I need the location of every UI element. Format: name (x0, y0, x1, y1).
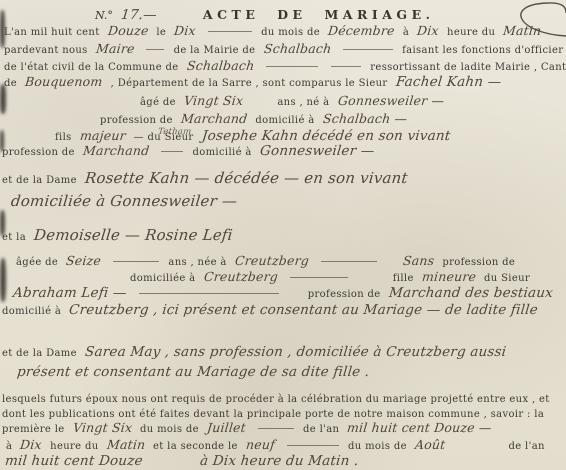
printed-text: de l'an (303, 424, 339, 435)
handwritten-entry: Gonnesweiler — (334, 95, 447, 108)
handwritten-entry: Août (411, 439, 449, 452)
printed-text: heure du (447, 27, 495, 38)
printed-text: L'an mil huit cent (4, 27, 100, 38)
handwritten-entry: Schalbach — (319, 113, 411, 126)
handwritten-entry: Gonnesweiler — (256, 145, 378, 159)
form-line-bride-father: Abraham Lefi — profession de Marchand de… (10, 284, 556, 301)
rule-filler (287, 445, 339, 446)
printed-text: profession de (2, 147, 75, 158)
form-line-publications: dont les publications ont été faites dev… (2, 404, 544, 420)
rule-filler (208, 31, 252, 32)
printed-text: et la seconde le (153, 441, 238, 452)
printed-text: profession de (308, 289, 381, 300)
printed-text: le (156, 27, 166, 38)
printed-text: à (403, 27, 409, 38)
handwritten-entry-bride-father-name: Abraham Lefi — (9, 287, 130, 301)
printed-text: du mois de (348, 441, 407, 452)
form-line-request: lesquels futurs époux nous ont requis de… (2, 389, 550, 405)
form-line-mother-domicile: domiciliée à Gonnesweiler — (8, 193, 240, 209)
printed-text: et de la Dame (2, 175, 77, 186)
printed-text: du Sieur (484, 273, 530, 284)
handwritten-entry: Marchand (79, 145, 153, 158)
printed-text: de l'an (509, 441, 545, 452)
printed-text: du mois de (261, 27, 320, 38)
printed-text: et de la Dame (2, 348, 77, 359)
handwritten-entry: Creutzberg (231, 255, 312, 268)
printed-text: , Département de la Sarre , sont comparu… (111, 78, 388, 89)
form-line-second-publication-year: mil huit cent Douze à Dix heure du Matin… (2, 452, 361, 469)
handwritten-entry: Schalbach (183, 60, 258, 73)
form-line-canton-groom: de Bouquenom , Département de la Sarre ,… (4, 73, 504, 90)
printed-text: faisant les fonctions d'officier (402, 45, 563, 56)
handwritten-entry: Seize (63, 255, 105, 268)
handwritten-entry-bride-name: Demoiselle — Rosine Lefi (30, 228, 236, 243)
printed-text: à (6, 441, 12, 452)
form-line-groom-profession: profession de Marchand domicilié à Schal… (100, 110, 410, 126)
form-line-groom-age: âgé de Vingt Six ans , né à Gonnesweiler… (140, 92, 447, 108)
handwritten-entry: à Dix heure du Matin . (196, 455, 362, 469)
handwritten-entry: Vingt Six (69, 422, 136, 435)
marriage-act-document: N.° 17.— ACTE DE MARIAGE. L'an mil huit … (0, 0, 566, 470)
handwritten-entry: Juillet (203, 422, 249, 435)
handwritten-entry: présent et consentant au Mariage de sa d… (13, 366, 373, 380)
handwritten-entry: Creutzberg (200, 271, 281, 284)
handwritten-entry: mil huit cent Douze — (344, 422, 496, 435)
handwritten-entry-mother-name: Rosette Kahn — décédée — en son vivant (81, 171, 411, 186)
printed-text: heure du (50, 441, 98, 452)
handwritten-entry: Marchand des bestiaux (385, 287, 556, 301)
handwritten-entry: Dix (171, 25, 200, 38)
printed-text: âgé de (140, 97, 176, 108)
form-line-bride: et la Demoiselle — Rosine Lefi (2, 227, 236, 243)
printed-text: domicilié à (255, 115, 314, 126)
header: N.° 17.— ACTE DE MARIAGE. (95, 6, 434, 23)
rule-filler (266, 66, 318, 67)
handwritten-entry: Schalbach (260, 43, 335, 56)
binding-smudge (0, 258, 6, 302)
rule-filler (258, 428, 294, 429)
rule-filler (321, 261, 377, 262)
rule-filler (343, 49, 393, 50)
handwritten-entry: mineure (418, 271, 479, 284)
form-line-officer: pardevant nous Maire de la Mairie de Sch… (4, 40, 563, 56)
handwritten-entry: Matin (103, 439, 149, 452)
form-line-bride-age: âgée de Seize ans , née à Creutzberg San… (16, 252, 515, 268)
printed-text: domicilié à (2, 306, 61, 317)
printed-text: de la Mairie de (174, 45, 256, 56)
handwritten-entry: Creutzberg , ici présent et consentant a… (66, 304, 542, 318)
printed-text: et la (2, 232, 26, 243)
printed-text: ressortissant de ladite Mairie , Canton (370, 62, 566, 73)
handwritten-entry: neuf (242, 439, 278, 452)
handwritten-entry: Maire (92, 43, 138, 56)
rule-filler (139, 293, 279, 294)
handwritten-entry: Décembre (324, 25, 398, 38)
form-line-groom-mother: et de la Dame Rosette Kahn — décédée — e… (2, 170, 411, 186)
handwritten-entry: mil huit cent Douze (1, 455, 146, 469)
handwritten-entry: Vingt Six (180, 95, 247, 108)
printed-text: domicilié à (192, 147, 251, 158)
rule-filler (161, 151, 183, 152)
form-line-consent: présent et consentant au Mariage de sa d… (14, 363, 372, 380)
handwritten-entry: majeur (76, 130, 129, 143)
printed-text: domiciliée à (130, 273, 195, 284)
form-line-commune: de l'état civil de la Commune de Schalba… (4, 57, 566, 73)
handwritten-entry: Bouquenom (21, 76, 106, 89)
handwritten-entry: Dix (17, 439, 46, 452)
printed-text: fille (393, 273, 414, 284)
printed-text: de l'état civil de la Commune de (4, 62, 179, 73)
handwritten-entry-bride-mother-name: Sarea May , sans profession , domiciliée… (81, 346, 510, 360)
printed-text: ans , né à (277, 97, 329, 108)
rule-filler (290, 277, 348, 278)
form-line-bride-father-domicile: domicilié à Creutzberg , ici présent et … (2, 301, 541, 318)
rule-filler (113, 261, 159, 262)
printed-text: de (4, 78, 17, 89)
handwritten-entry: Douze (104, 25, 152, 38)
printed-text: âgée de (16, 257, 58, 268)
form-line-bride-domicile: domiciliée à Creutzberg fille mineure du… (130, 268, 530, 284)
rule-filler (331, 66, 361, 67)
handwritten-entry-groom-name: Fachel Kahn — (392, 76, 505, 90)
form-line-bride-mother: et de la Dame Sarea May , sans professio… (2, 343, 509, 360)
rule-filler (146, 49, 164, 50)
handwritten-entry: Dix (414, 25, 443, 38)
form-line-year: L'an mil huit cent Douze le Dix du mois … (4, 22, 545, 38)
form-line-father-profession: profession de Marchand domicilié à Gonne… (2, 142, 377, 159)
printed-text: pardevant nous (4, 45, 88, 56)
handwritten-entry: Matin (500, 25, 546, 38)
handwritten-entry: domiciliée à Gonnesweiler — (7, 194, 241, 209)
form-line-second-publication: à Dix heure du Matin et la seconde le ne… (6, 436, 545, 452)
form-line-first-publication: première le Vingt Six du mois de Juillet… (2, 419, 495, 435)
